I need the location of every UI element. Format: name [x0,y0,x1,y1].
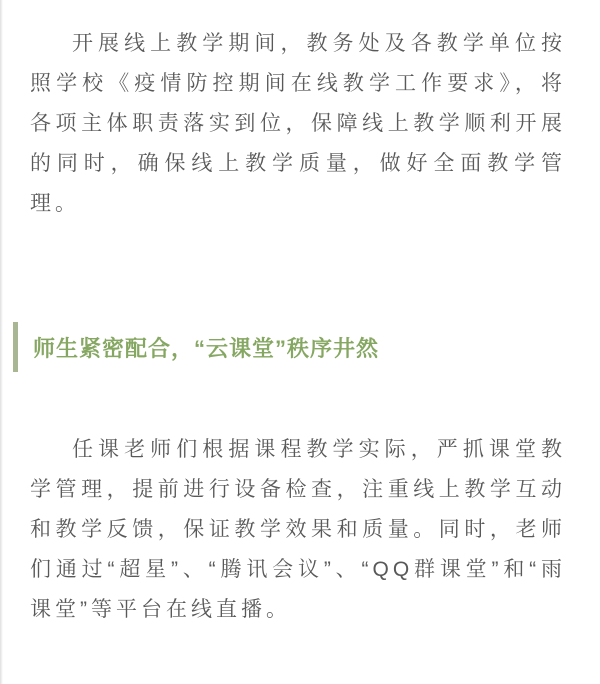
paragraph-teachers: 任课老师们根据课程教学实际，严抓课堂教学管理，提前进行设备检查，注重线上教学互动… [30,430,566,630]
paragraph-intro: 开展线上教学期间，教务处及各教学单位按照学校《疫情防控期间在线教学工作要求》，将… [30,24,566,224]
section-heading: 师生紧密配合，“云课堂”秩序井然 [13,322,600,372]
section-heading-text: 师生紧密配合，“云课堂”秩序井然 [33,332,379,363]
article-page: 开展线上教学期间，教务处及各教学单位按照学校《疫情防控期间在线教学工作要求》，将… [0,0,600,684]
heading-accent-bar [13,322,18,372]
page-left-edge [0,0,3,684]
